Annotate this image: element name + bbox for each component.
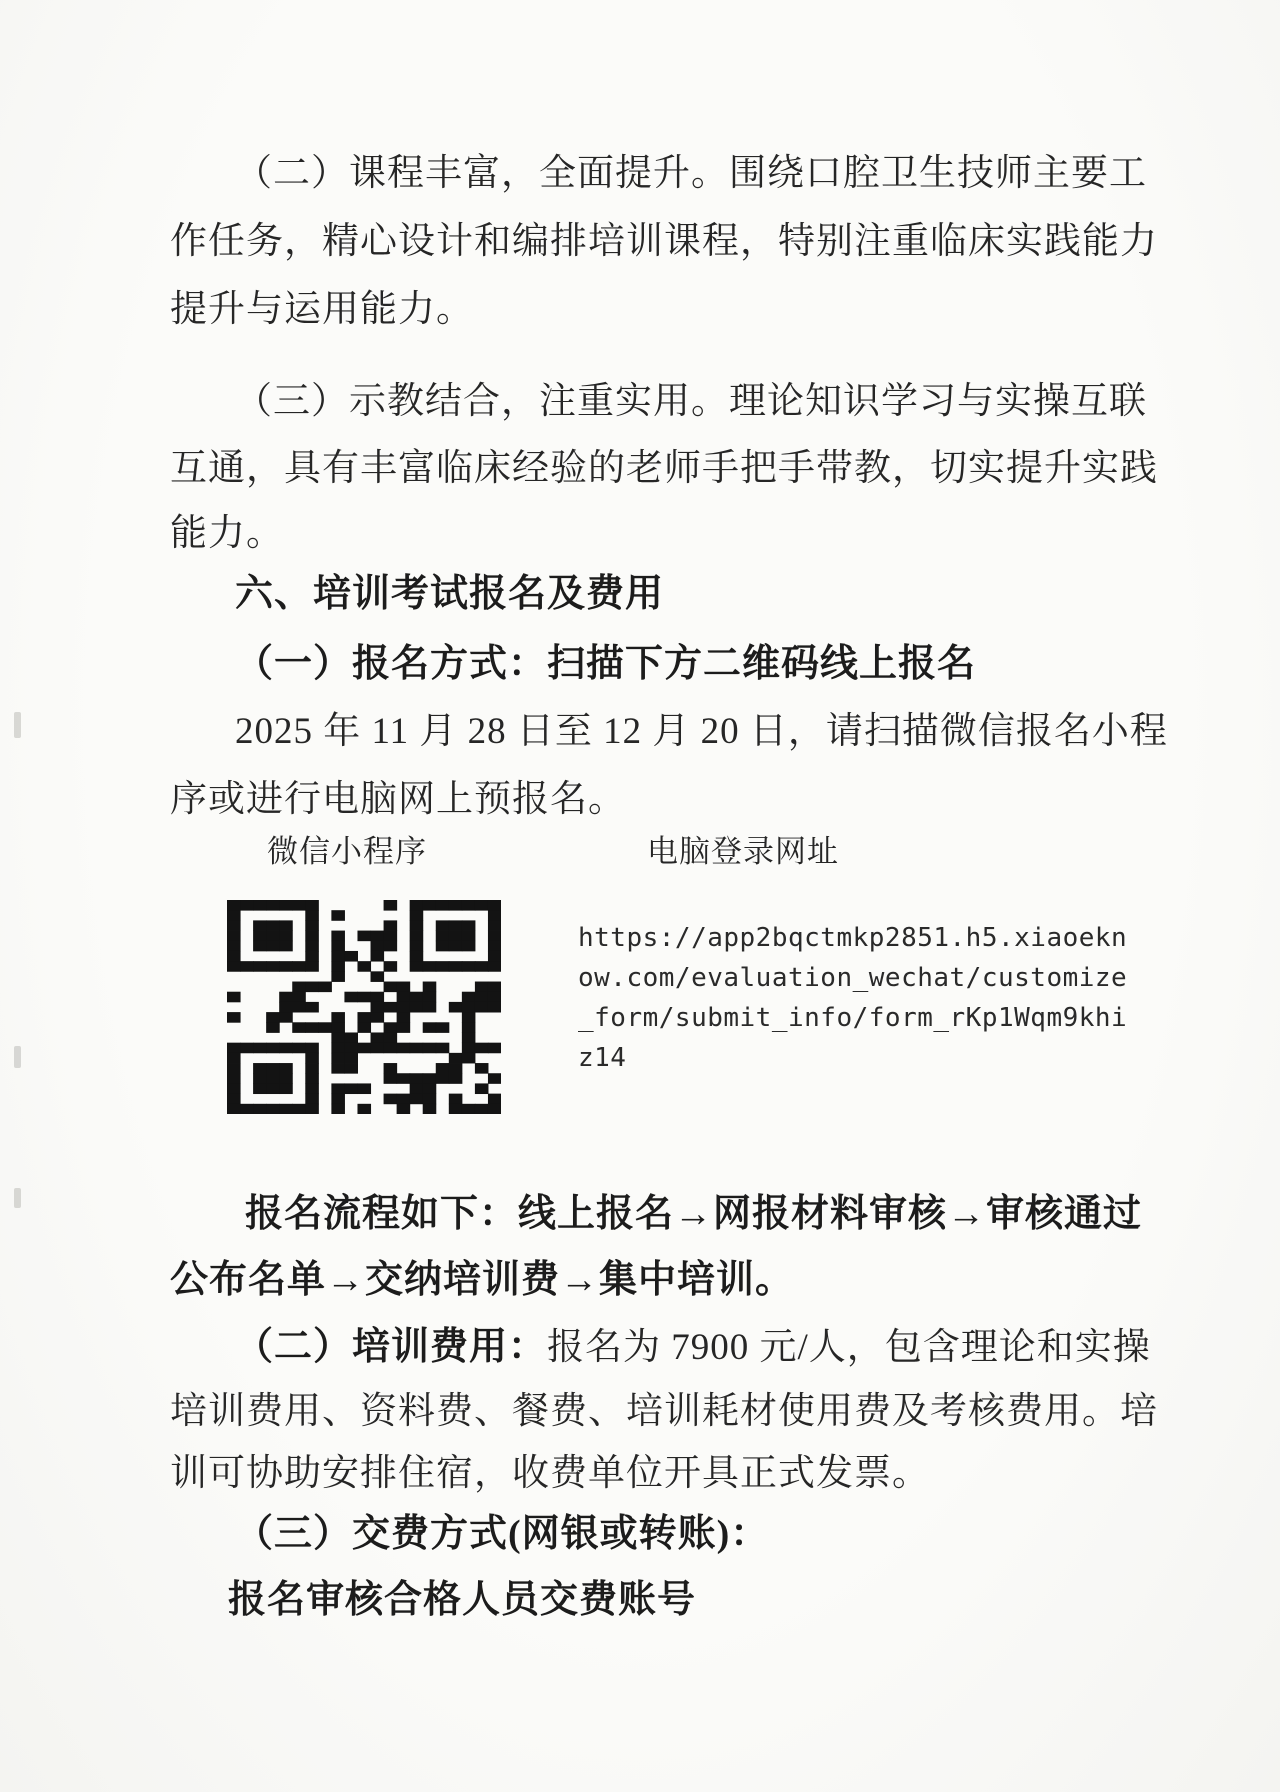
subheading-registration-method: （一）报名方式：扫描下方二维码线上报名 bbox=[235, 642, 976, 688]
paragraph-date-line1: 2025 年 11 月 28 日至 12 月 20 日，请扫描微信报名小程 bbox=[235, 710, 1168, 754]
paragraph-fee-line1: （二）培训费用：报名为 7900 元/人，包含理论和实操 bbox=[235, 1325, 1151, 1371]
wechat-miniprogram-label: 微信小程序 bbox=[267, 833, 427, 870]
paragraph-fee-line3: 训可协助安排住宿，收费单位开具正式发票。 bbox=[170, 1452, 930, 1496]
paragraph-point3-line3: 能力。 bbox=[170, 512, 284, 556]
section-heading-6: 六、培训考试报名及费用 bbox=[235, 572, 664, 618]
scan-artifact bbox=[14, 1046, 21, 1068]
document-page: （二）课程丰富，全面提升。围绕口腔卫生技师主要工 作任务，精心设计和编排培训课程… bbox=[0, 0, 1280, 1792]
paragraph-point2-line1: （二）课程丰富，全面提升。围绕口腔卫生技师主要工 bbox=[235, 152, 1147, 196]
paragraph-point2-line2: 作任务，精心设计和编排培训课程，特别注重临床实践能力 bbox=[170, 220, 1158, 264]
account-heading: 报名审核合格人员交费账号 bbox=[228, 1578, 696, 1624]
url-line-2: ow.com/evaluation_wechat/customize bbox=[578, 958, 1127, 998]
url-line-1: https://app2bqctmkp2851.h5.xiaoekn bbox=[578, 918, 1127, 958]
fee-label: （二）培训费用： bbox=[235, 1326, 547, 1368]
paragraph-date-line2: 序或进行电脑网上预报名。 bbox=[170, 778, 626, 822]
registration-url: https://app2bqctmkp2851.h5.xiaoekn ow.co… bbox=[578, 918, 1127, 1078]
subheading-payment-method: （三）交费方式(网银或转账)： bbox=[235, 1512, 769, 1558]
paragraph-point3-line1: （三）示教结合，注重实用。理论知识学习与实操互联 bbox=[235, 380, 1147, 424]
scan-artifact bbox=[14, 1188, 21, 1208]
url-line-4: z14 bbox=[578, 1038, 1127, 1078]
url-line-3: _form/submit_info/form_rKp1Wqm9khi bbox=[578, 998, 1127, 1038]
process-line2: 公布名单→交纳培训费→集中培训。 bbox=[170, 1258, 794, 1304]
paragraph-fee-line2: 培训费用、资料费、餐费、培训耗材使用费及考核费用。培 bbox=[170, 1390, 1158, 1434]
process-line1: 报名流程如下：线上报名→网报材料审核→审核通过 bbox=[245, 1192, 1142, 1238]
qr-code bbox=[227, 900, 501, 1114]
pc-login-url-label: 电脑登录网址 bbox=[647, 833, 839, 870]
scan-artifact bbox=[14, 712, 21, 738]
fee-rest: 报名为 7900 元/人，包含理论和实操 bbox=[547, 1327, 1151, 1368]
paragraph-point3-line2: 互通，具有丰富临床经验的老师手把手带教，切实提升实践 bbox=[170, 447, 1158, 491]
paragraph-point2-line3: 提升与运用能力。 bbox=[170, 288, 474, 332]
qr-code-image bbox=[227, 900, 501, 1114]
